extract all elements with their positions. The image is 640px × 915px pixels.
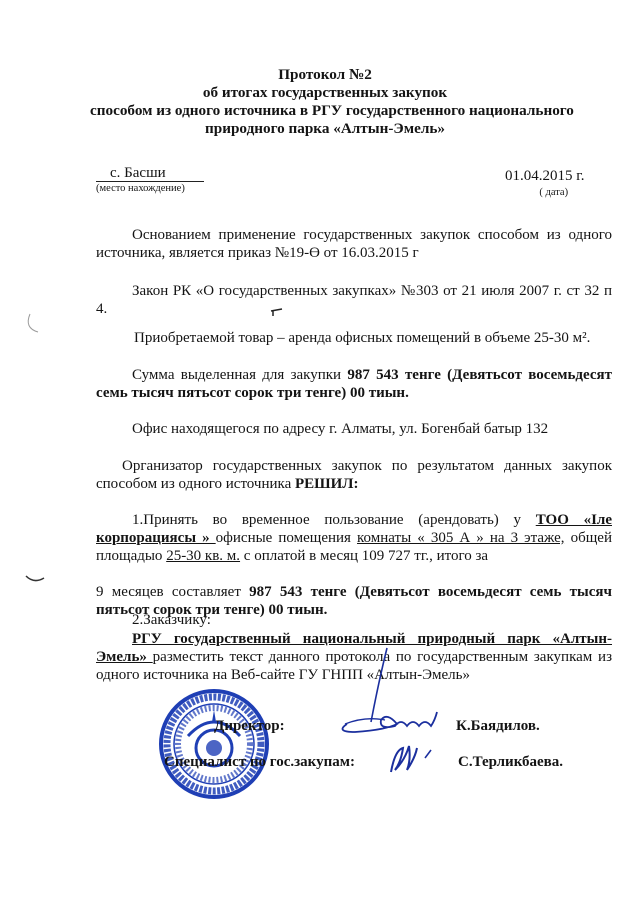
area-info: 25-30 кв. м. [166, 548, 240, 564]
scan-mark-icon [270, 308, 286, 318]
punch-hole-mark-icon [24, 574, 46, 586]
item-1-total-prefix: 9 месяцев составляет [96, 584, 249, 600]
goods-paragraph: Приобретаемой товар – аренда офисных пом… [98, 329, 614, 347]
date-field: 01.04.2015 г. ( дата) [505, 168, 584, 198]
date-value: 01.04.2015 г. [505, 168, 584, 185]
place-value: с. Басши [96, 165, 204, 182]
item-1-text-d: с оплатой в месяц 109 727 тг., итого за [240, 548, 488, 564]
official-stamp-icon [158, 688, 270, 800]
item-1-text-b: офисные помещения [216, 530, 357, 546]
scanned-document-page: Протокол №2 об итогах государственных за… [0, 0, 640, 915]
place-caption: (место нахождение) [96, 183, 204, 194]
title-line-2: об итогах государственных закупок [90, 84, 560, 102]
office-paragraph: Офис находящегося по адресу г. Алматы, у… [96, 420, 612, 438]
document-title: Протокол №2 об итогах государственных за… [90, 66, 560, 138]
place-field: с. Басши (место нахождение) [96, 165, 204, 194]
date-caption: ( дата) [523, 187, 584, 198]
law-paragraph: Закон РК «О государственных закупках» №3… [96, 282, 612, 318]
title-line-3: способом из одного источника в РГУ госуд… [90, 102, 560, 120]
director-label: Директор: [214, 718, 285, 735]
sum-paragraph: Сумма выделенная для закупки 987 543 тен… [96, 366, 612, 402]
title-line-1: Протокол №2 [90, 66, 560, 84]
title-line-4: природного парка «Алтын-Эмель» [90, 120, 560, 138]
room-info: комнаты « 305 А » на 3 этаже, [357, 530, 565, 546]
sum-prefix: Сумма выделенная для закупки [132, 367, 347, 383]
director-name: К.Баядилов. [456, 718, 540, 735]
specialist-signature-icon [385, 740, 435, 780]
item-2-label: 2.Заказчику: [96, 611, 612, 629]
specialist-name: С.Терликбаева. [458, 754, 563, 771]
organizer-paragraph: Организатор государственных закупок по р… [96, 457, 612, 493]
basis-paragraph: Основанием применение государственных за… [96, 226, 612, 262]
decided-label: РЕШИЛ: [295, 476, 358, 492]
item-1-paragraph: 1.Принять во временное пользование (арен… [96, 511, 612, 583]
item-1-text: 1.Принять во временное пользование (арен… [132, 512, 536, 528]
punch-hole-mark-icon [24, 310, 46, 336]
